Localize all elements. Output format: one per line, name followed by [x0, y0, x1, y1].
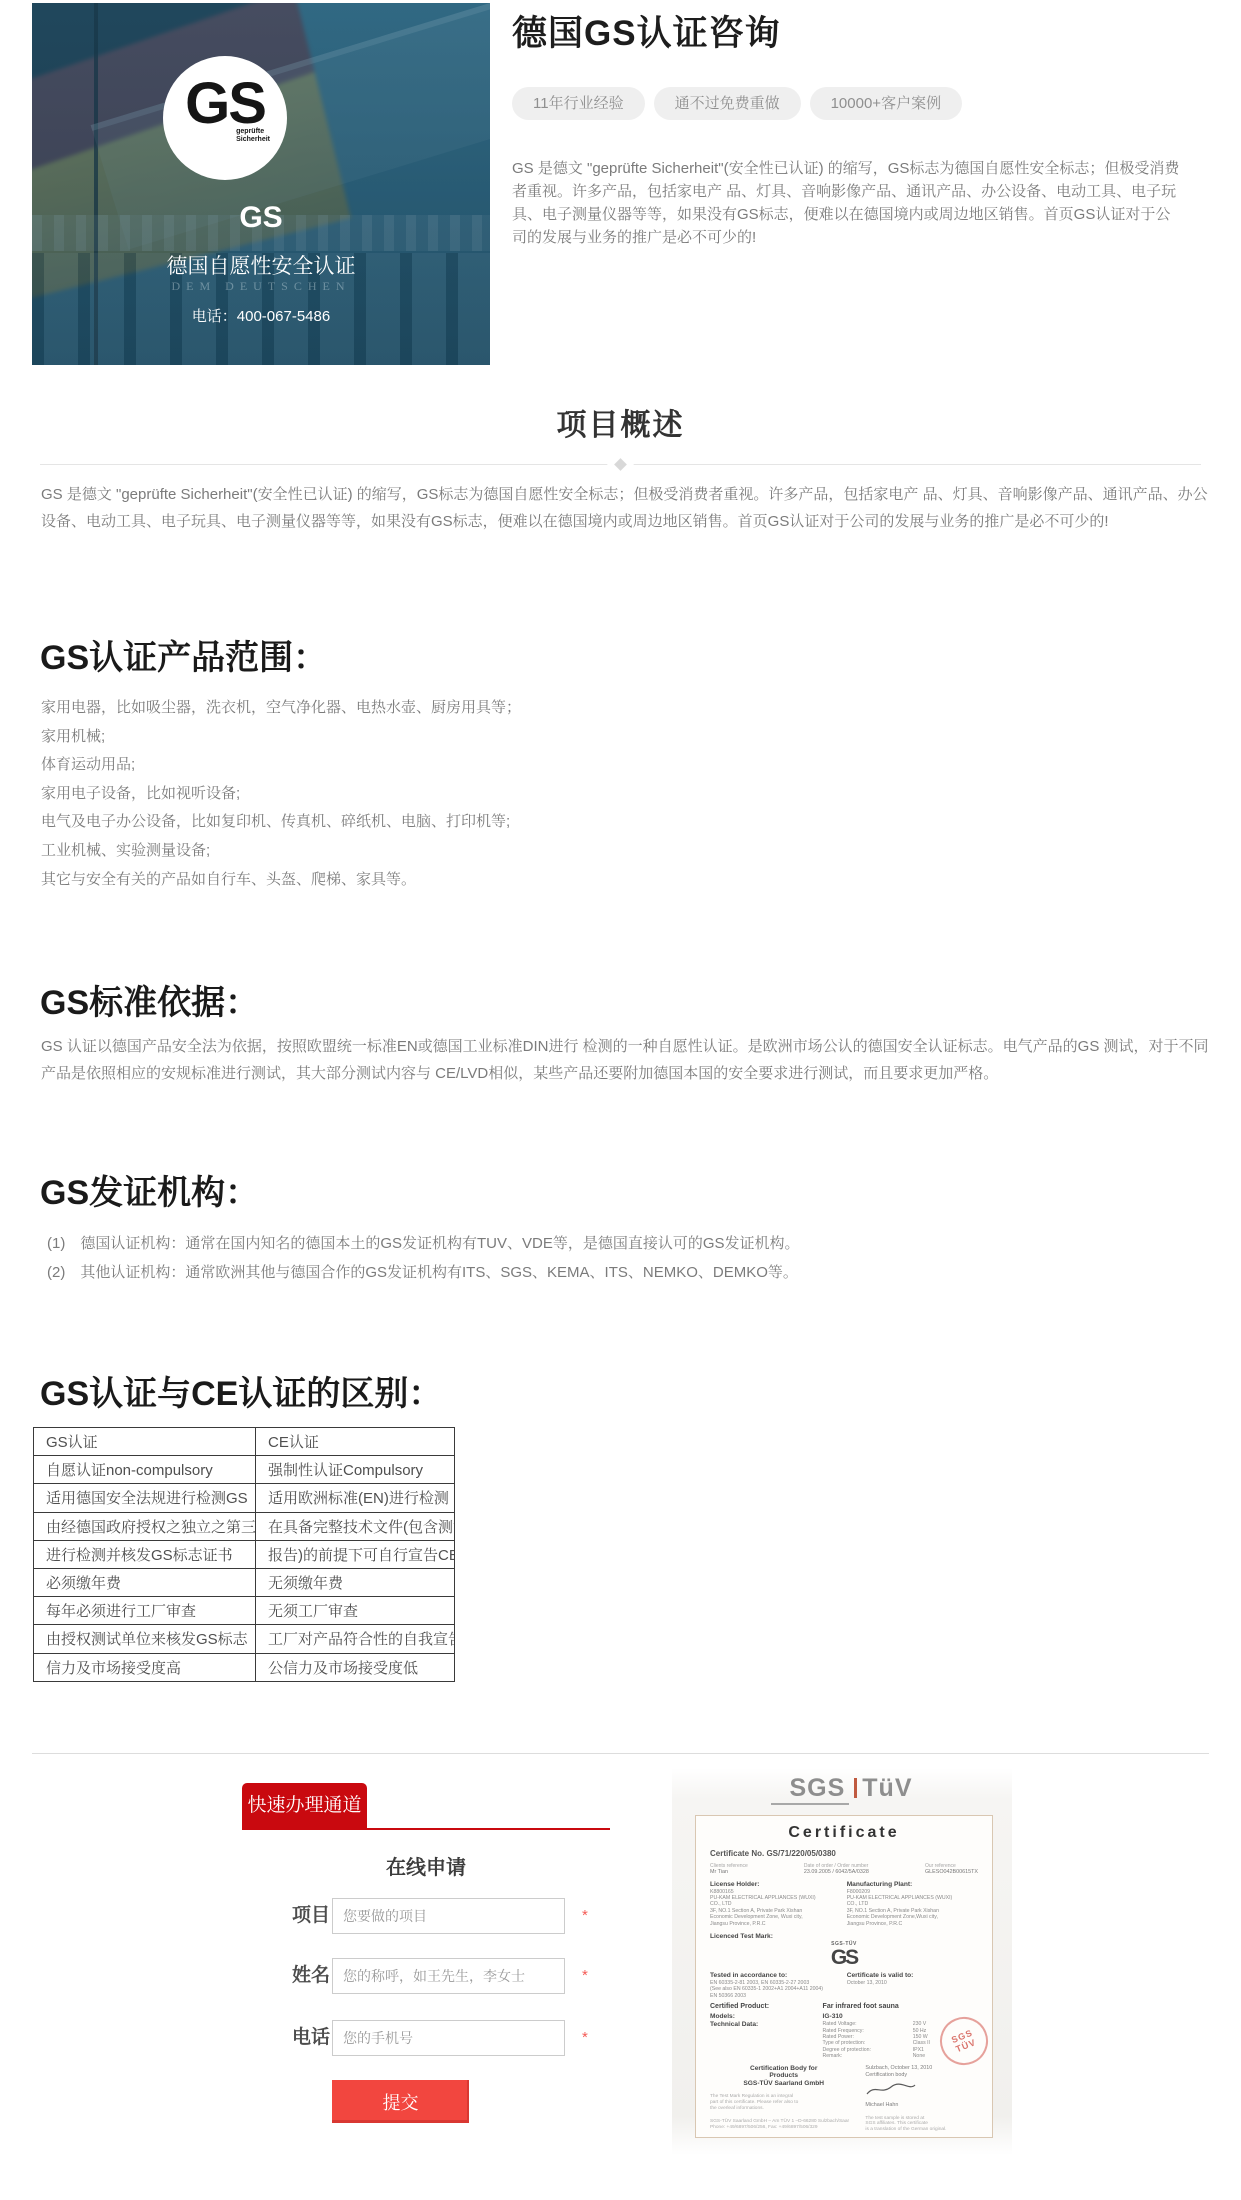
list-item: 电气及电子办公设备，比如复印机、传真机、碎纸机、电脑、打印机等;	[41, 808, 521, 837]
comparison-heading: GS认证与CE认证的区别：	[40, 1366, 442, 1415]
issuers-heading: GS发证机构：	[40, 1165, 259, 1214]
list-item: (1) 德国认证机构：通常在国内知名的德国本土的GS发证机构有TUV、VDE等，…	[47, 1229, 800, 1258]
badge-row: 11年行业经验 通不过免费重做 10000+客户案例	[512, 87, 1212, 120]
required-asterisk: *	[582, 2020, 588, 2056]
building-inscription: DEM DEUTSCHEN	[32, 279, 490, 294]
name-input[interactable]	[332, 1958, 565, 1994]
list-item: 体育运动用品;	[41, 751, 521, 780]
list-item: (2) 其他认证机构：通常欧洲其他与德国合作的GS发证机构有ITS、SGS、KE…	[47, 1258, 800, 1287]
table-row: 自愿认证non-compulsory强制性认证Compulsory	[34, 1456, 455, 1484]
table-row: 适用德国安全法规进行检测GS适用欧洲标准(EN)进行检测	[34, 1484, 455, 1512]
certificate-number: Certificate No. GS/71/220/05/0380	[710, 1849, 978, 1858]
table-header-row: GS认证CE认证	[34, 1428, 455, 1456]
table-header-cell: GS认证	[34, 1428, 256, 1456]
comparison-table: GS认证CE认证 自愿认证non-compulsory强制性认证Compulso…	[33, 1427, 455, 1682]
hero-title: GS	[32, 201, 490, 235]
hero-phone: 电话：400-067-5486	[32, 305, 490, 326]
submit-button[interactable]: 提交	[332, 2080, 469, 2123]
standard-heading: GS标准依据：	[40, 975, 259, 1024]
footnote: The Test Mark Regulation is an integral …	[710, 2094, 857, 2111]
issuers-list: (1) 德国认证机构：通常在国内知名的德国本土的GS发证机构有TUV、VDE等，…	[47, 1229, 800, 1287]
overview-heading: 项目概述	[0, 400, 1241, 444]
scope-heading: GS认证产品范围：	[40, 630, 327, 679]
page: GS geprüfte Sicherheit GS 德国自愿性安全认证 DEM …	[0, 0, 1241, 2200]
gs-logo-badge: GS geprüfte Sicherheit	[163, 56, 287, 180]
required-asterisk: *	[582, 1898, 588, 1934]
table-row: 由经德国政府授权之独立之第三方在具备完整技术文件(包含测试	[34, 1512, 455, 1540]
tab-fast-track[interactable]: 快速办理通道	[242, 1783, 367, 1828]
table-row: 信力及市场接受度高公信力及市场接受度低	[34, 1653, 455, 1681]
divider-diamond-icon	[614, 458, 627, 471]
page-title: 德国GS认证咨询	[512, 0, 1212, 56]
list-item: 家用电器，比如吸尘器，洗衣机，空气净化器、电热水壶、厨房用具等；	[41, 694, 521, 723]
table-row: 每年必须进行工厂审查无须工厂审查	[34, 1597, 455, 1625]
form-row-project: 项目 *	[242, 1898, 610, 1934]
list-item: 工业机械、实验测量设备;	[41, 837, 521, 866]
technical-data-block: Models: Technical Data: IG-310 Rated Vol…	[710, 2013, 978, 2059]
signature-icon	[865, 2082, 978, 2101]
table-row: 必须缴年费无须缴年费	[34, 1568, 455, 1596]
gs-mark-caption: geprüfte Sicherheit	[236, 128, 270, 143]
form-row-phone: 电话 *	[242, 2020, 610, 2056]
certification-body-block: Certification Body for Products SGS-TÜV …	[710, 2065, 857, 2133]
table-row: 由授权测试单位来核发GS标志工厂对产品符合性的自我宣告	[34, 1625, 455, 1653]
table-header-cell: CE认证	[256, 1428, 455, 1456]
sgs-tuv-logo: SGSTüV	[672, 1768, 1012, 1803]
gs-test-mark-icon: SGS-TÜV GS	[710, 1941, 978, 1969]
badge-experience: 11年行业经验	[512, 87, 645, 120]
hero-subtitle: 德国自愿性安全认证	[32, 250, 490, 280]
table-row: 进行检测并核发GS标志证书报告)的前提下可自行宣告CE	[34, 1540, 455, 1568]
validity-block: Certificate is valid to: October 13, 201…	[847, 1972, 978, 1999]
standard-body-text: GS 认证以德国产品安全法为依据，按照欧盟统一标准EN或德国工业标准DIN进行 …	[41, 1034, 1221, 1087]
project-label: 项目	[292, 1898, 330, 1934]
certificate-document: Certificate Certificate No. GS/71/220/05…	[695, 1815, 993, 2138]
gs-mark-letters: GS	[185, 71, 265, 136]
phone-label: 电话	[292, 2020, 330, 2056]
form-row-name: 姓名 *	[242, 1958, 610, 1994]
phone-input[interactable]	[332, 2020, 565, 2056]
logo-divider-bar	[854, 1778, 857, 1798]
list-item: 其它与安全有关的产品如自行车、头盔、爬梯、家具等。	[41, 866, 521, 895]
footnote: The test sample is stored at SGS affilia…	[865, 2116, 978, 2133]
license-holder-block: License Holder: K8800165 PU-KAM ELECTRIC…	[710, 1881, 841, 1927]
form-title: 在线申请	[242, 1851, 610, 1880]
manufacturing-plant-block: Manufacturing Plant: F8000209 PU-KAM ELE…	[847, 1881, 978, 1927]
project-input[interactable]	[332, 1898, 565, 1934]
signature-block: Sulzbach, October 13, 2010 Certification…	[857, 2065, 978, 2133]
certificate-photo: SGSTüV Certificate Certificate No. GS/71…	[672, 1768, 1012, 2155]
badge-redo: 通不过免费重做	[654, 87, 801, 120]
form-section-divider	[32, 1753, 1209, 1754]
footnote: SGS-TÜV Saarland GmbH – Am TÜV 1 –D-6628…	[710, 2119, 857, 2131]
header-column: 德国GS认证咨询 11年行业经验 通不过免费重做 10000+客户案例 GS 是…	[512, 0, 1212, 249]
certificate-title: Certificate	[710, 1824, 978, 1842]
header-intro-text: GS 是德文 "geprüfte Sicherheit"(安全性已认证) 的缩写…	[512, 157, 1180, 249]
scope-list: 家用电器，比如吸尘器，洗衣机，空气净化器、电热水壶、厨房用具等； 家用机械; 体…	[41, 694, 521, 894]
certified-product-row: Certified Product: Far infrared foot sau…	[710, 2003, 978, 2010]
tested-block: Tested in accordance to: EN 60335-2-81 2…	[710, 1972, 841, 1999]
list-item: 家用机械;	[41, 723, 521, 752]
badge-cases: 10000+客户案例	[810, 87, 962, 120]
name-label: 姓名	[292, 1958, 330, 1994]
section-divider	[40, 464, 1201, 465]
list-item: 家用电子设备，比如视听设备;	[41, 780, 521, 809]
tab-underline	[242, 1828, 610, 1830]
apply-panel: 快速办理通道 在线申请 项目 * 姓名 * 电话 * 提交	[242, 1783, 610, 2143]
hero-banner: GS geprüfte Sicherheit GS 德国自愿性安全认证 DEM …	[32, 3, 490, 365]
certificate-references: Clients referenceMr Tian Date of order /…	[710, 1863, 978, 1876]
overview-body-text: GS 是德文 "geprüfte Sicherheit"(安全性已认证) 的缩写…	[41, 481, 1209, 535]
required-asterisk: *	[582, 1958, 588, 1994]
gs-mark-icon: GS	[163, 70, 287, 137]
test-mark-label: Licenced Test Mark:	[710, 1933, 978, 1940]
